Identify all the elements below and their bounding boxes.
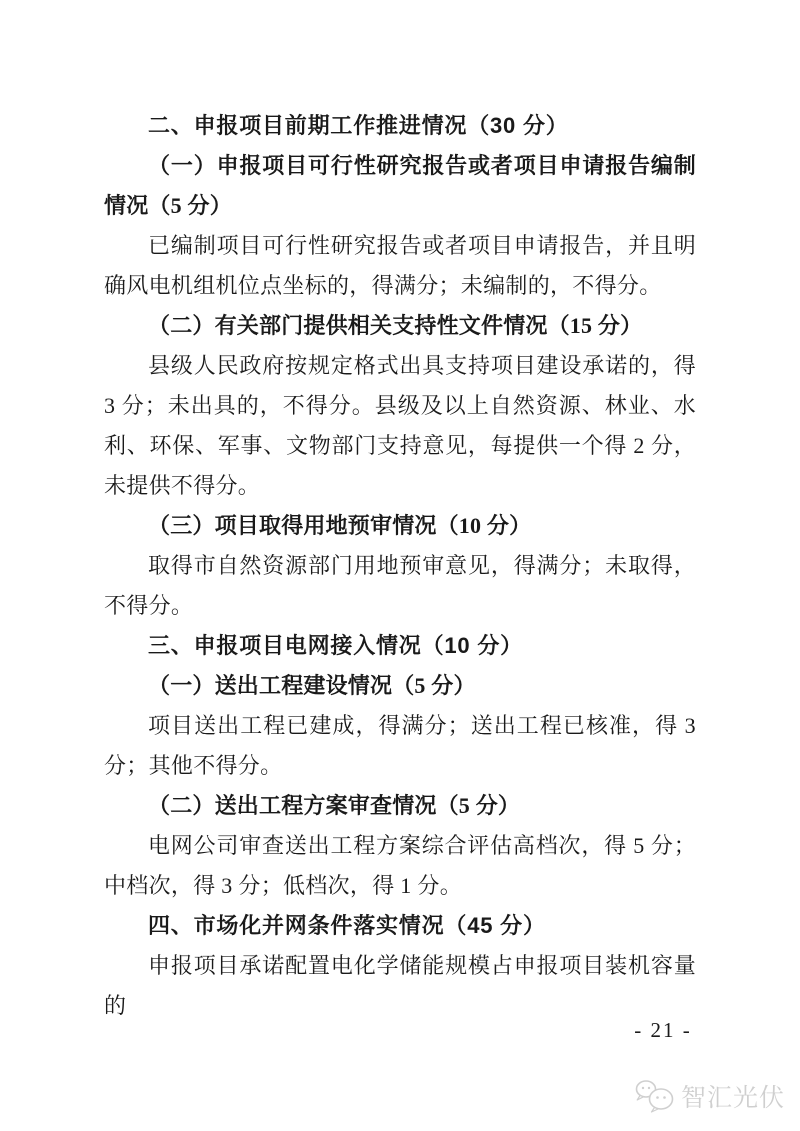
heading-section-four: 四、市场化并网条件落实情况（45 分） bbox=[104, 906, 696, 946]
paragraph-support-documents: 县级人民政府按规定格式出具支持项目建设承诺的，得 3 分；未出具的，不得分。县级… bbox=[104, 346, 696, 506]
watermark: 智汇光伏 bbox=[633, 1078, 785, 1114]
document-body: 二、申报项目前期工作推进情况（30 分） （一）申报项目可行性研究报告或者项目申… bbox=[104, 106, 696, 1026]
watermark-brand-text: 智汇光伏 bbox=[681, 1078, 785, 1114]
paragraph-land-preapproval: 取得市自然资源部门用地预审意见，得满分；未取得，不得分。 bbox=[104, 546, 696, 626]
document-page: 二、申报项目前期工作推进情况（30 分） （一）申报项目可行性研究报告或者项目申… bbox=[0, 0, 800, 1131]
heading-subsection-2-2: （二）有关部门提供相关支持性文件情况（15 分） bbox=[104, 306, 696, 346]
heading-subsection-3-2: （二）送出工程方案审查情况（5 分） bbox=[104, 786, 696, 826]
heading-subsection-2-3: （三）项目取得用地预审情况（10 分） bbox=[104, 506, 696, 546]
heading-subsection-2-1: （一）申报项目可行性研究报告或者项目申请报告编制情况（5 分） bbox=[104, 146, 696, 226]
wechat-icon bbox=[633, 1078, 675, 1114]
heading-section-three: 三、申报项目电网接入情况（10 分） bbox=[104, 626, 696, 666]
paragraph-feasibility-report: 已编制项目可行性研究报告或者项目申请报告，并且明确风电机组机位点坐标的，得满分；… bbox=[104, 226, 696, 306]
paragraph-grid-review: 电网公司审查送出工程方案综合评估高档次，得 5 分；中档次，得 3 分；低档次，… bbox=[104, 826, 696, 906]
paragraph-energy-storage: 申报项目承诺配置电化学储能规模占申报项目装机容量的 bbox=[104, 946, 696, 1026]
heading-section-two: 二、申报项目前期工作推进情况（30 分） bbox=[104, 106, 696, 146]
paragraph-grid-construction: 项目送出工程已建成，得满分；送出工程已核准，得 3 分；其他不得分。 bbox=[104, 706, 696, 786]
heading-subsection-3-1: （一）送出工程建设情况（5 分） bbox=[104, 666, 696, 706]
page-number: - 21 - bbox=[613, 1018, 713, 1043]
